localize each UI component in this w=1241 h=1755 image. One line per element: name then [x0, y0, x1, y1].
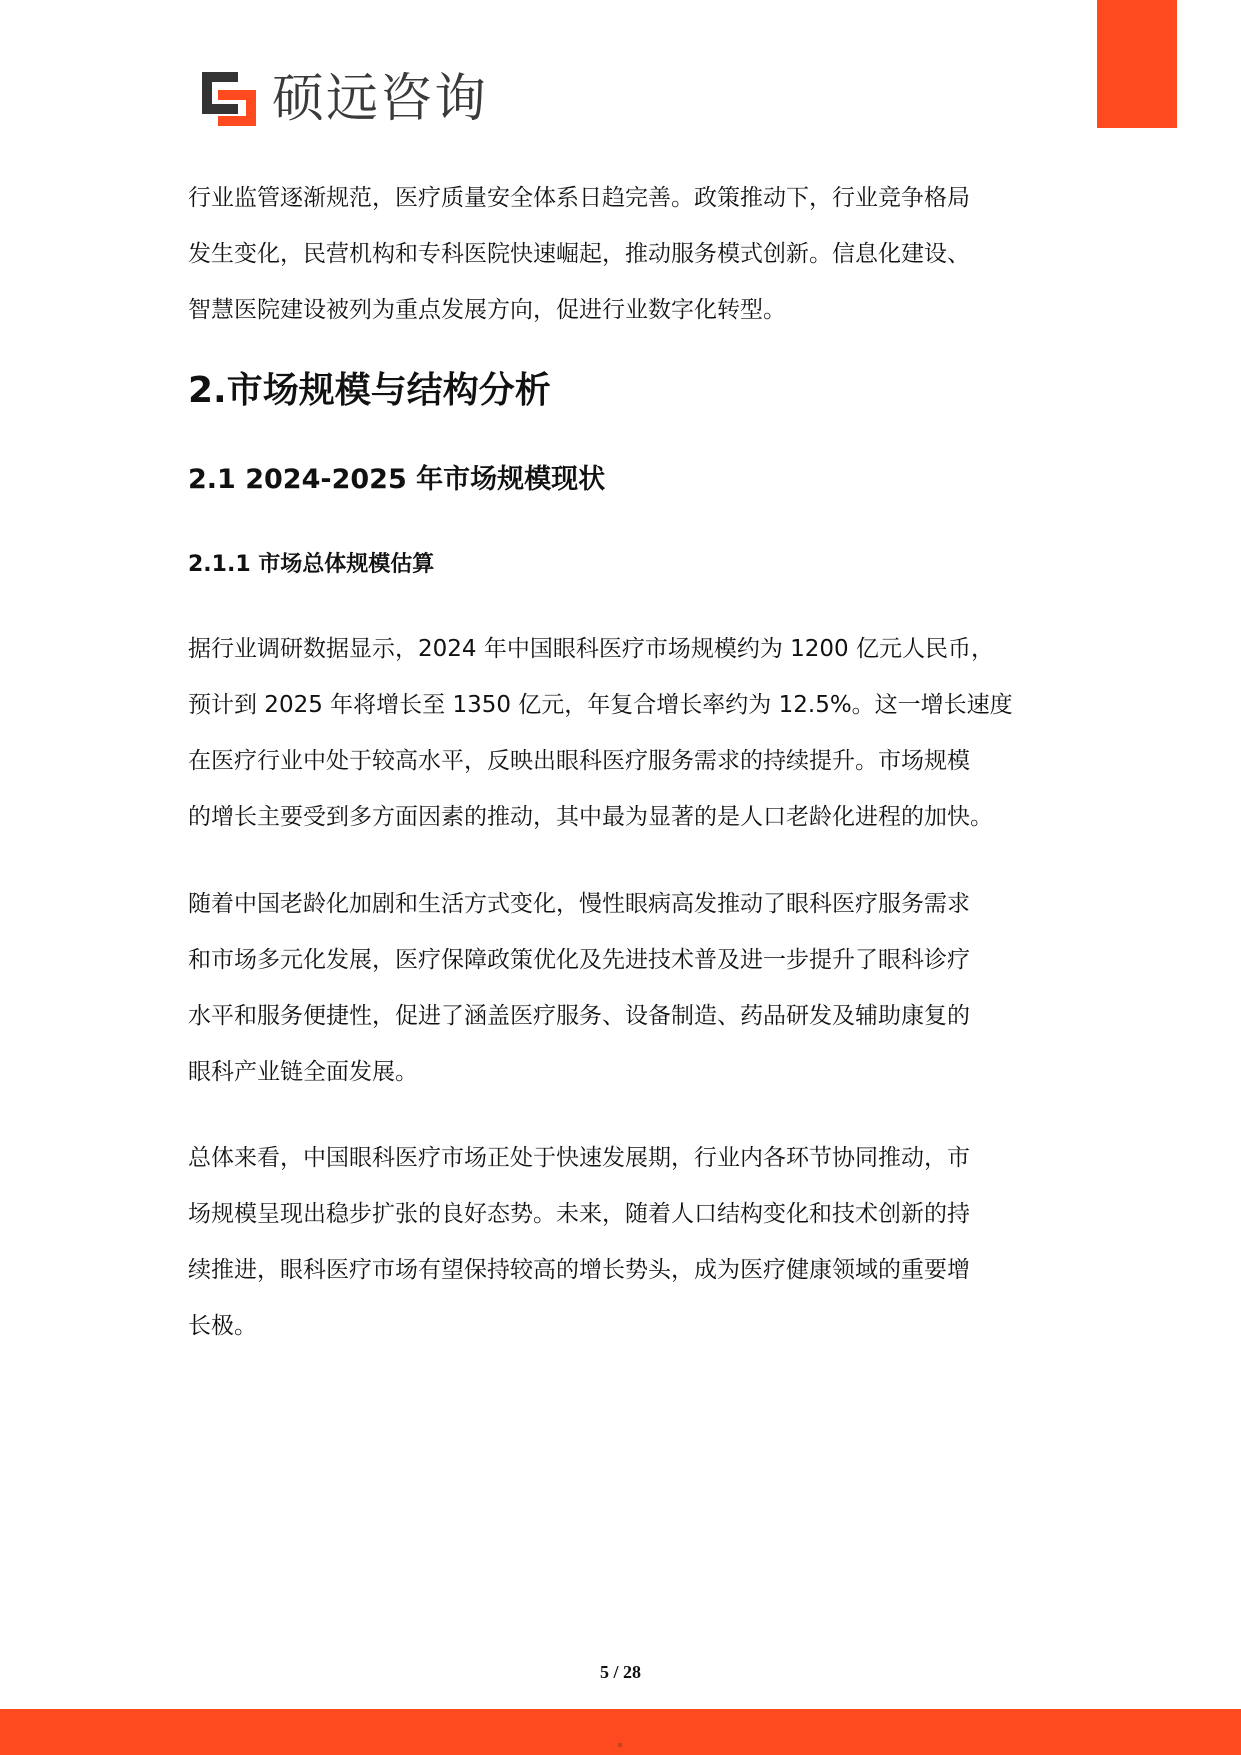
section-heading-level-3: 2.1.1 市场总体规模估算 — [188, 548, 434, 582]
paragraph-line: 续推进，眼科医疗市场有望保持较高的增长势头，成为医疗健康领域的重要增 — [188, 1242, 1050, 1298]
page-number: 5 / 28 — [0, 1662, 1241, 1683]
paragraph-line: 随着中国老龄化加剧和生活方式变化，慢性眼病高发推动了眼科医疗服务需求 — [188, 876, 1050, 932]
footer-accent-bar — [0, 1709, 1241, 1755]
corner-accent-block — [1097, 0, 1177, 128]
paragraph-line: 预计到 2025 年将增长至 1350 亿元，年复合增长率约为 12.5%。这一… — [188, 677, 1050, 733]
summary-paragraph: 总体来看，中国眼科医疗市场正处于快速发展期，行业内各环节协同推动，市 场规模呈现… — [188, 1130, 1050, 1354]
market-size-paragraph: 据行业调研数据显示，2024 年中国眼科医疗市场规模约为 1200 亿元人民币，… — [188, 621, 1050, 845]
paragraph-line: 水平和服务便捷性，促进了涵盖医疗服务、设备制造、药品研发及辅助康复的 — [188, 988, 1050, 1044]
paragraph-line: 发生变化，民营机构和专科医院快速崛起，推动服务模式创新。信息化建设、 — [188, 226, 1050, 282]
paragraph-line: 和市场多元化发展，医疗保障政策优化及先进技术普及进一步提升了眼科诊疗 — [188, 932, 1050, 988]
paragraph-line: 行业监管逐渐规范，医疗质量安全体系日趋完善。政策推动下，行业竞争格局 — [188, 170, 1050, 226]
brand-logo-icon — [202, 72, 260, 126]
paragraph-line: 据行业调研数据显示，2024 年中国眼科医疗市场规模约为 1200 亿元人民币， — [188, 621, 1050, 677]
footer-dot — [618, 1743, 622, 1747]
paragraph-line: 智慧医院建设被列为重点发展方向，促进行业数字化转型。 — [188, 282, 1050, 338]
paragraph-line: 眼科产业链全面发展。 — [188, 1044, 1050, 1100]
intro-paragraph: 行业监管逐渐规范，医疗质量安全体系日趋完善。政策推动下，行业竞争格局 发生变化，… — [188, 170, 1050, 338]
paragraph-line: 长极。 — [188, 1298, 1050, 1354]
brand-logo: 硕远咨询 — [202, 70, 488, 128]
paragraph-line: 的增长主要受到多方面因素的推动，其中最为显著的是人口老龄化进程的加快。 — [188, 789, 1050, 845]
section-heading-level-1: 2.市场规模与结构分析 — [188, 366, 551, 416]
brand-name: 硕远咨询 — [272, 70, 488, 128]
paragraph-line: 总体来看，中国眼科医疗市场正处于快速发展期，行业内各环节协同推动，市 — [188, 1130, 1050, 1186]
paragraph-line: 场规模呈现出稳步扩张的良好态势。未来，随着人口结构变化和技术创新的持 — [188, 1186, 1050, 1242]
paragraph-line: 在医疗行业中处于较高水平，反映出眼科医疗服务需求的持续提升。市场规模 — [188, 733, 1050, 789]
aging-drivers-paragraph: 随着中国老龄化加剧和生活方式变化，慢性眼病高发推动了眼科医疗服务需求 和市场多元… — [188, 876, 1050, 1100]
section-heading-level-2: 2.1 2024-2025 年市场规模现状 — [188, 460, 605, 500]
